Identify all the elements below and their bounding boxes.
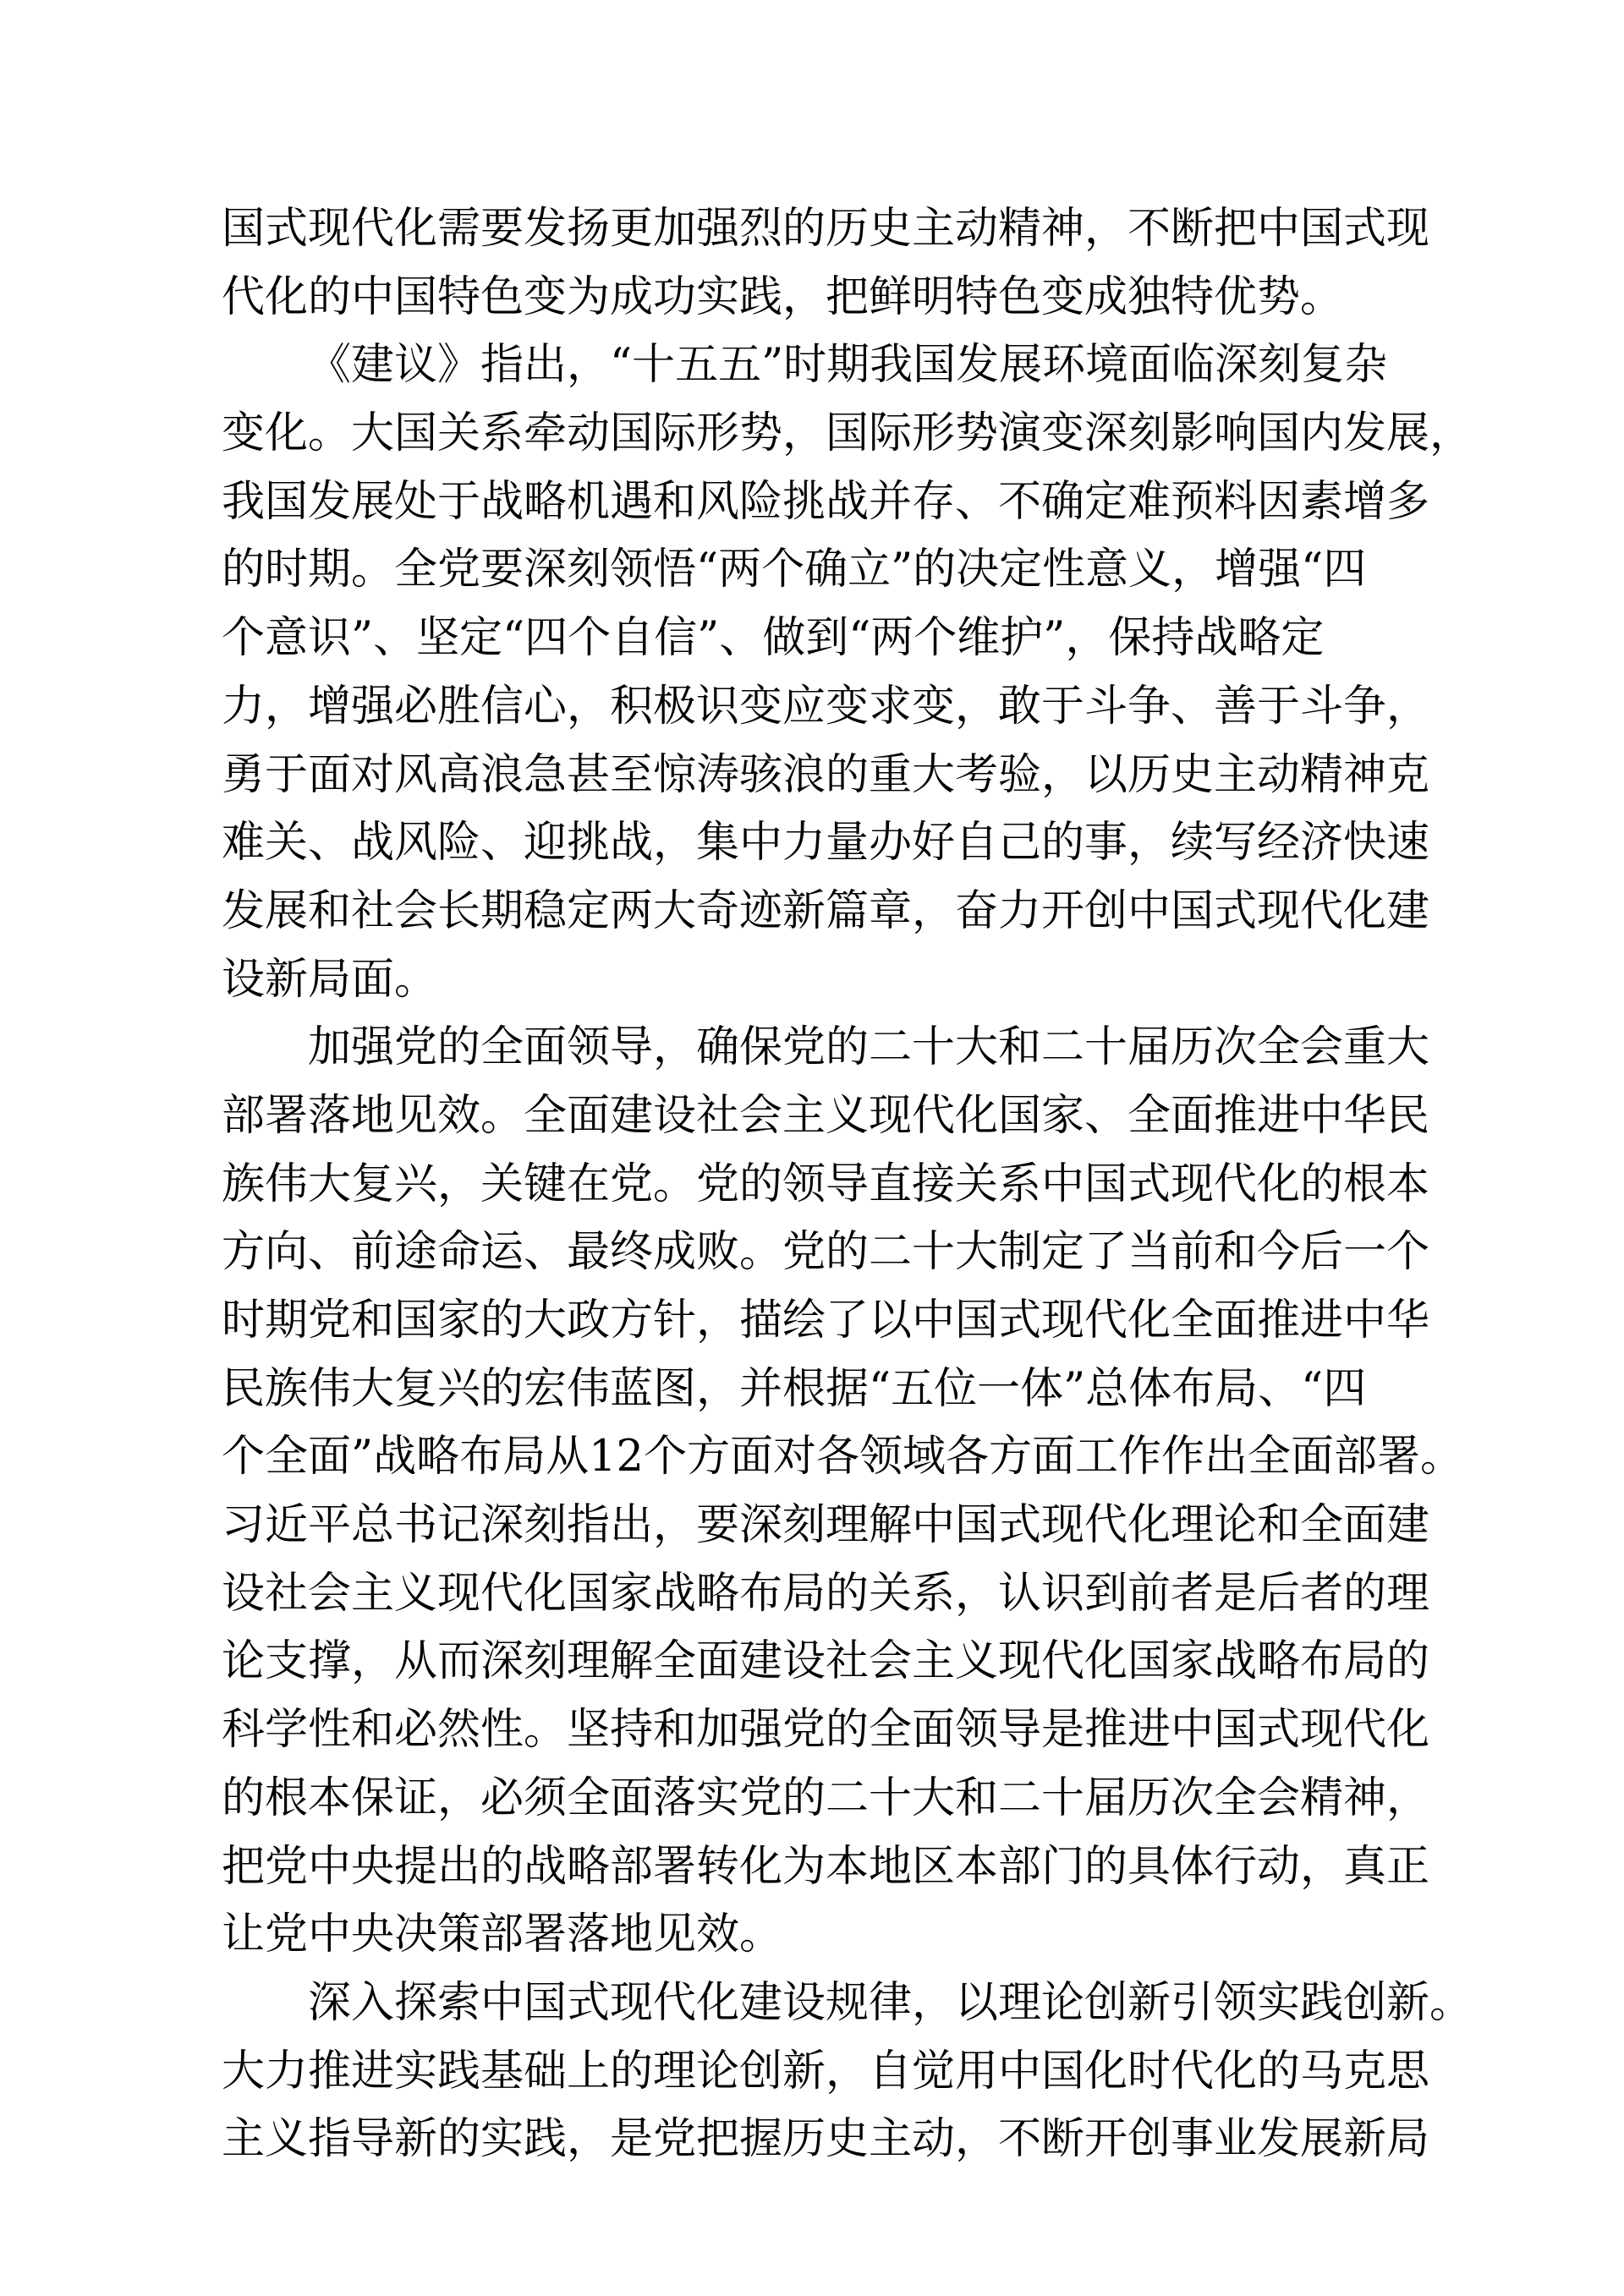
text-line: 加强党的全面领导，确保党的二十大和二十届历次全会重大 (222, 1014, 1453, 1082)
paragraph: 加强党的全面领导，确保党的二十大和二十届历次全会重大部署落地见效。全面建设社会主… (222, 1014, 1453, 1970)
text-line: 方向、前途命运、最终成败。党的二十大制定了当前和今后一个 (222, 1219, 1453, 1287)
text-line: 我国发展处于战略机遇和风险挑战并存、不确定难预料因素增多 (222, 469, 1453, 537)
text-line: 习近平总书记深刻指出，要深刻理解中国式现代化理论和全面建 (222, 1492, 1453, 1560)
paragraph: 深入探索中国式现代化建设规律，以理论创新引领实践创新。大力推进实践基础上的理论创… (222, 1970, 1453, 2174)
text-line: 变化。大国关系牵动国际形势，国际形势演变深刻影响国内发展， (222, 400, 1453, 469)
text-line: 族伟大复兴，关键在党。党的领导直接关系中国式现代化的根本 (222, 1151, 1453, 1219)
text-line: 主义指导新的实践，是党把握历史主动，不断开创事业发展新局 (222, 2106, 1453, 2174)
paragraph: 《建议》指出，“十五五”时期我国发展环境面临深刻复杂变化。大国关系牵动国际形势，… (222, 332, 1453, 1014)
document-body: 国式现代化需要发扬更加强烈的历史主动精神，不断把中国式现代化的中国特色变为成功实… (222, 195, 1453, 2174)
text-line: 论支撑，从而深刻理解全面建设社会主义现代化国家战略布局的 (222, 1628, 1453, 1696)
text-line: 大力推进实践基础上的理论创新，自觉用中国化时代化的马克思 (222, 2038, 1453, 2107)
paragraph: 国式现代化需要发扬更加强烈的历史主动精神，不断把中国式现代化的中国特色变为成功实… (222, 195, 1453, 332)
text-line: 让党中央决策部署落地见效。 (222, 1901, 1453, 1970)
document-page: 国式现代化需要发扬更加强烈的历史主动精神，不断把中国式现代化的中国特色变为成功实… (0, 0, 1624, 2296)
text-line: 民族伟大复兴的宏伟蓝图，并根据“五位一体”总体布局、“四 (222, 1356, 1453, 1424)
text-line: 《建议》指出，“十五五”时期我国发展环境面临深刻复杂 (222, 332, 1453, 400)
text-line: 国式现代化需要发扬更加强烈的历史主动精神，不断把中国式现 (222, 195, 1453, 264)
text-line: 勇于面对风高浪急甚至惊涛骇浪的重大考验，以历史主动精神克 (222, 742, 1453, 810)
text-line: 部署落地见效。全面建设社会主义现代化国家、全面推进中华民 (222, 1082, 1453, 1151)
text-line: 深入探索中国式现代化建设规律，以理论创新引领实践创新。 (222, 1970, 1453, 2038)
text-line: 设新局面。 (222, 946, 1453, 1015)
text-line: 难关、战风险、迎挑战，集中力量办好自己的事，续写经济快速 (222, 809, 1453, 878)
text-line: 的时期。全党要深刻领悟“两个确立”的决定性意义，增强“四 (222, 536, 1453, 605)
text-line: 把党中央提出的战略部署转化为本地区本部门的具体行动，真正 (222, 1833, 1453, 1902)
text-line: 力，增强必胜信心，积极识变应变求变，敢于斗争、善于斗争， (222, 673, 1453, 742)
text-line: 个全面”战略布局从12个方面对各领域各方面工作作出全面部署。 (222, 1423, 1453, 1492)
text-line: 设社会主义现代化国家战略布局的关系，认识到前者是后者的理 (222, 1560, 1453, 1629)
text-line: 时期党和国家的大政方针，描绘了以中国式现代化全面推进中华 (222, 1287, 1453, 1356)
text-line: 科学性和必然性。坚持和加强党的全面领导是推进中国式现代化 (222, 1696, 1453, 1765)
text-line: 个意识”、坚定“四个自信”、做到“两个维护”，保持战略定 (222, 605, 1453, 673)
text-line: 代化的中国特色变为成功实践，把鲜明特色变成独特优势。 (222, 264, 1453, 332)
text-line: 的根本保证，必须全面落实党的二十大和二十届历次全会精神， (222, 1765, 1453, 1833)
text-line: 发展和社会长期稳定两大奇迹新篇章，奋力开创中国式现代化建 (222, 878, 1453, 946)
